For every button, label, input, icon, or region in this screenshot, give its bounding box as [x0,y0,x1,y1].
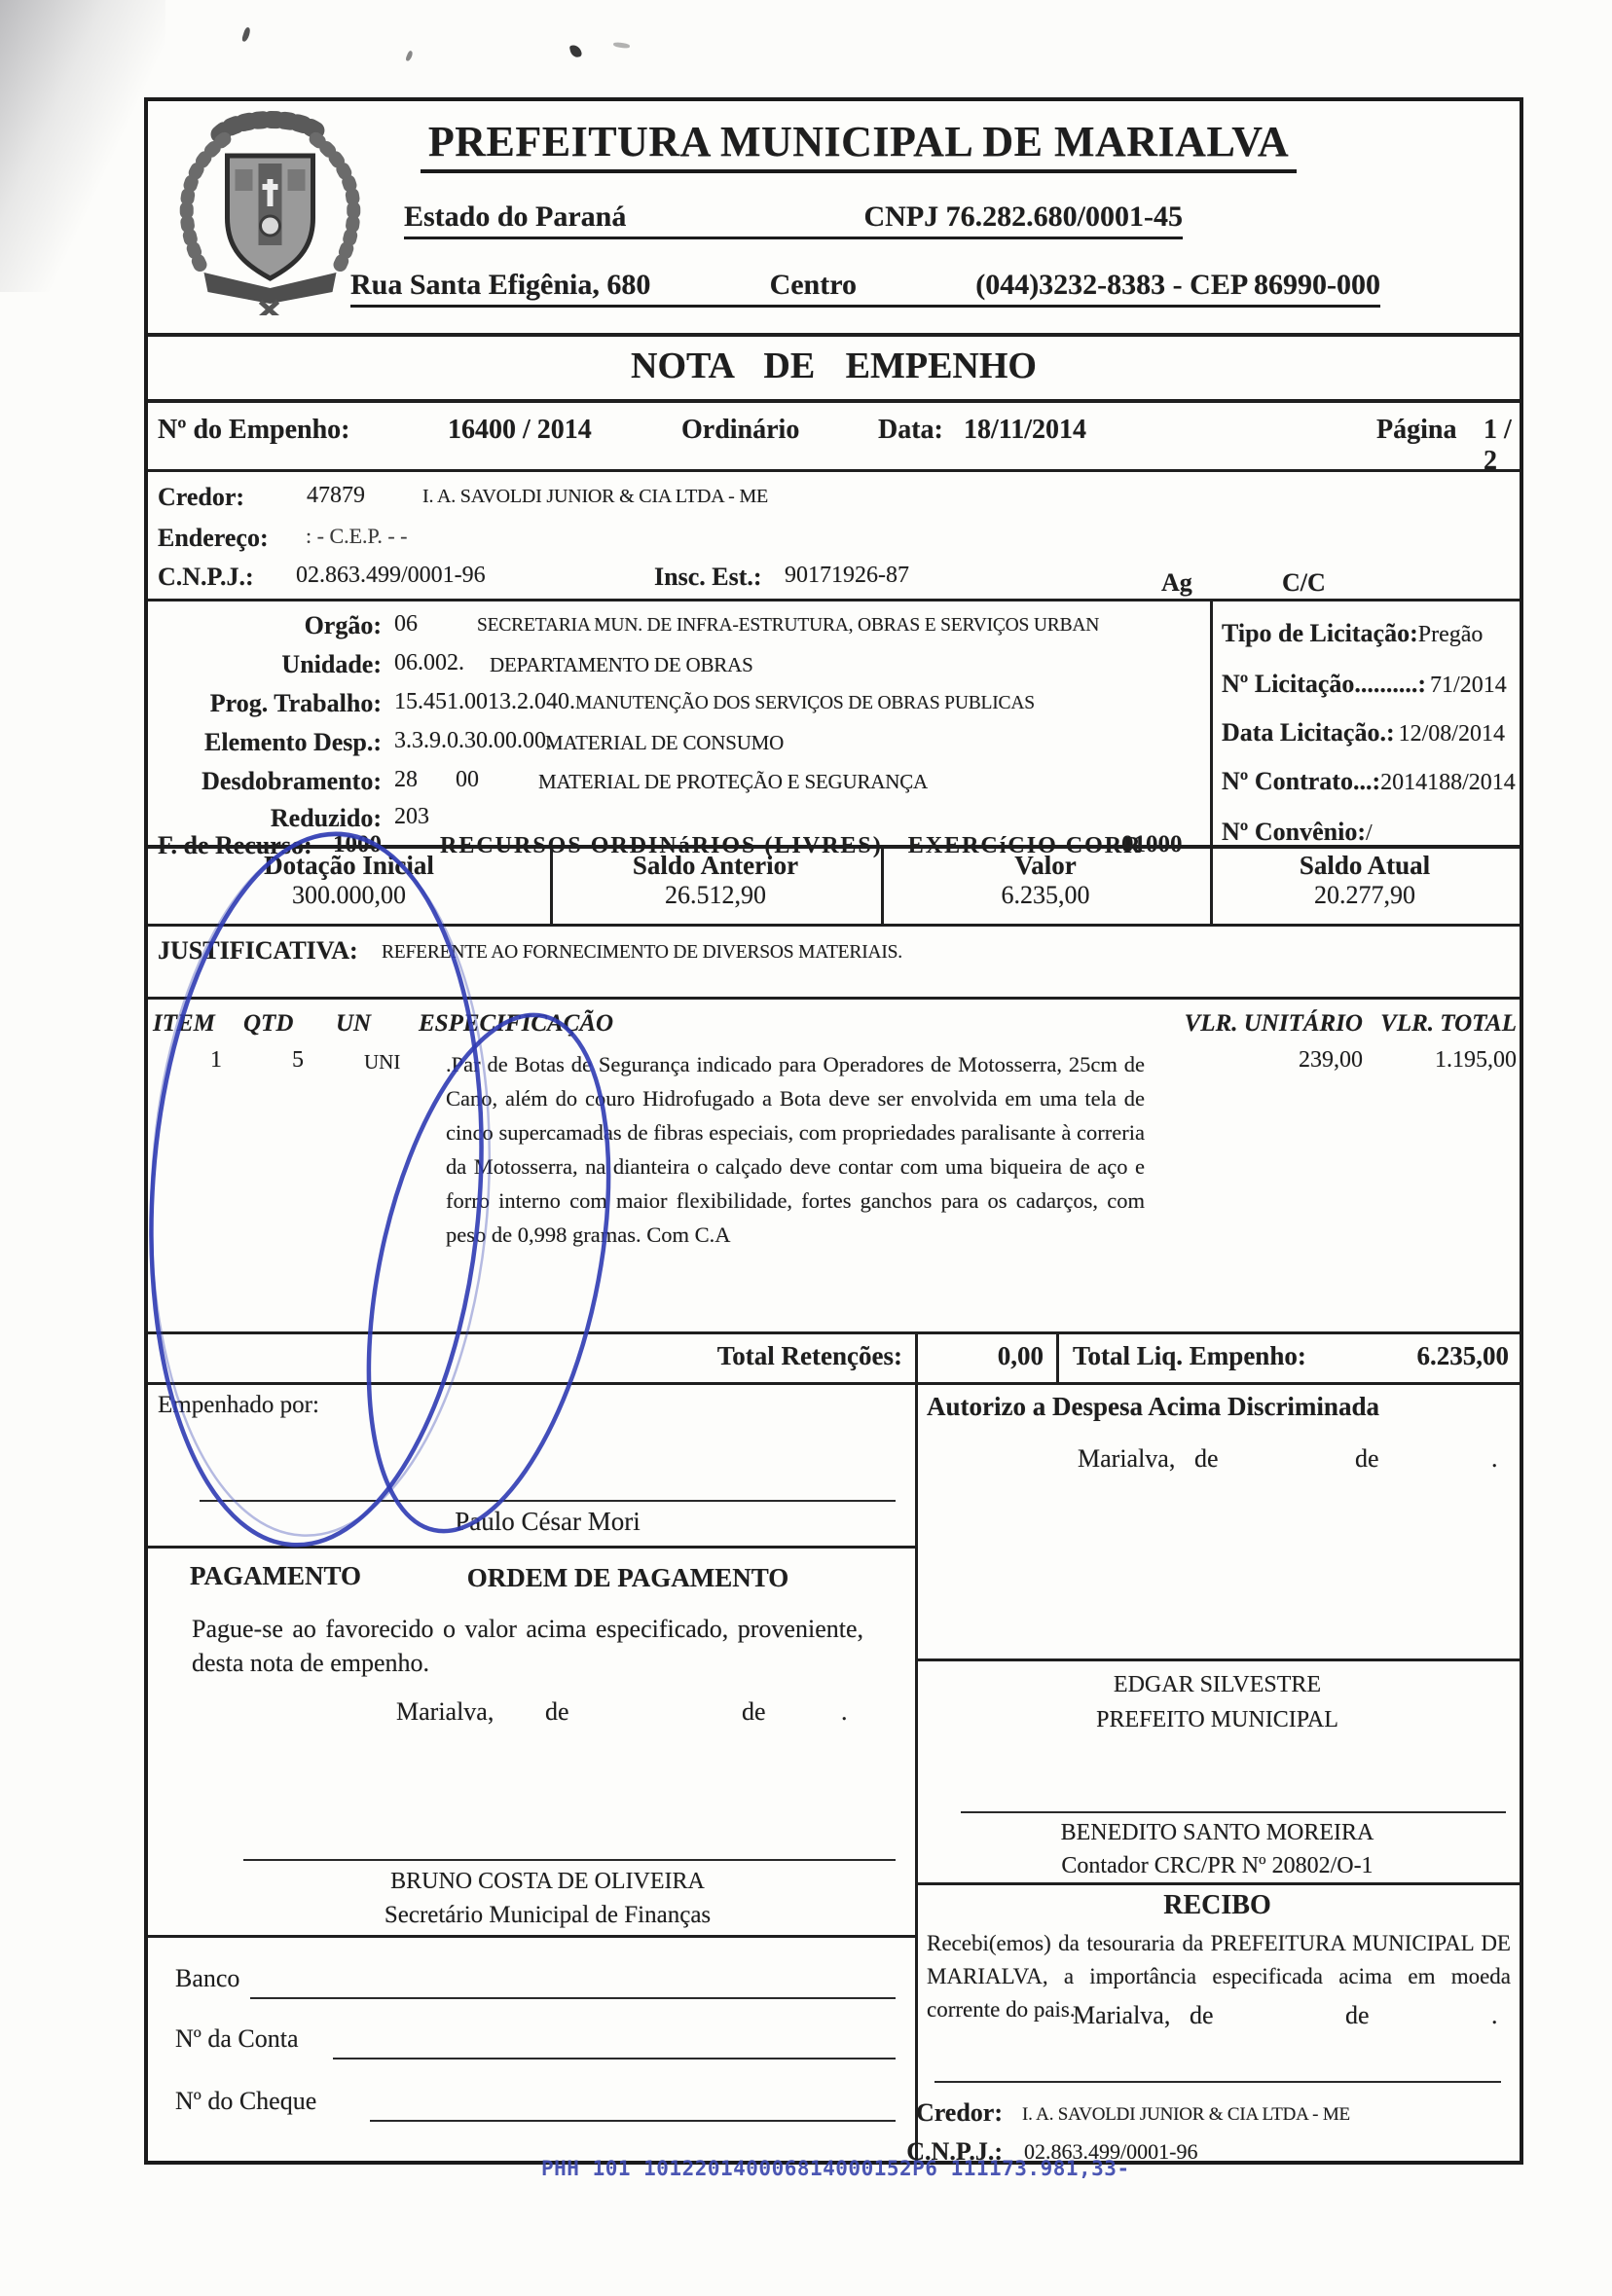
conta-label: Nº da Conta [175,2024,298,2054]
col-vlr-unitario: VLR. UNITÁRIO [1121,1010,1363,1038]
ponto: . [1491,1444,1498,1474]
desdobramento-label: Desdobramento: [156,767,382,796]
item-number: 1 [201,1047,231,1074]
ponto: . [841,1697,848,1727]
divider [148,1382,1520,1385]
divider [148,924,1520,927]
saldo-atual-valor: 20.277,90 [1210,881,1520,910]
reduzido-code: 203 [394,804,429,830]
desdobramento-code: 28 [394,767,418,793]
unidade-code: 06.002. [394,650,464,676]
total-liq-label: Total Liq. Empenho: [1073,1341,1306,1371]
divider [148,333,1520,337]
divider [915,1658,1520,1661]
table-border [915,1331,918,1382]
state-reg-label: Insc. Est.: [654,563,762,592]
saldo-cell-dotacao: Dotação Inicial 300.000,00 [148,851,550,910]
recibo-credor-nome: I. A. SAVOLDI JUNIOR & CIA LTDA - ME [1022,2104,1350,2126]
convenio-row: Nº Convênio:/ [1222,818,1373,847]
contador-cargo: Contador CRC/PR Nº 20802/O-1 [915,1853,1520,1879]
page-label: Página [1376,415,1456,446]
saldo-cell-anterior: Saldo Anterior 26.512,90 [550,851,881,910]
signature-line [243,1859,896,1861]
signature-line [200,1500,896,1502]
scan-speck [241,26,251,42]
agency-label: Ag [1161,568,1192,598]
creditor-cnpj-row: C.N.P.J.: 02.863.499/0001-96 Insc. Est.:… [148,563,1520,598]
org-cnpj: CNPJ 76.282.680/0001-45 [864,200,1183,234]
dotacao-inicial-label: Dotação Inicial [148,851,550,881]
de: de [1345,2001,1370,2030]
nota-de-empenho-document: PREFEITURA MUNICIPAL DE MARIALVA Estado … [144,97,1523,2165]
pagamento-titulo: PAGAMENTO [190,1561,361,1591]
saldo-cell-atual: Saldo Atual 20.277,90 [1210,851,1520,910]
convenio-valor: / [1366,820,1373,846]
elemento-code: 3.3.9.0.30.00.00. [394,728,552,754]
empenhado-por-label: Empenhado por: [158,1392,319,1419]
banco-label: Banco [175,1964,239,1993]
empenho-number: 16400 / 2014 [448,415,592,446]
de: de [1355,1444,1379,1474]
saldo-cell-valor: Valor 6.235,00 [881,851,1210,910]
contador-nome: BENEDITO SANTO MOREIRA [915,1820,1520,1846]
justificativa-texto: REFERENTE AO FORNECIMENTO DE DIVERSOS MA… [382,942,902,964]
cidade: Marialva, [1078,1444,1175,1474]
contrato-row: Nº Contrato...:2014188/2014 [1222,767,1516,796]
elemento-desc: MATERIAL DE CONSUMO [545,731,784,755]
creditor-row: Credor: 47879 I. A. SAVOLDI JUNIOR & CIA… [148,483,1520,518]
item-unit: UNI [364,1050,400,1075]
item-qty: 5 [292,1047,304,1074]
pagamento-data-line: Marialva, de de . [148,1697,915,1732]
prog-trabalho-desc: MANUTENÇÃO DOS SERVIÇOS DE OBRAS PUBLICA… [575,693,1035,714]
saldo-atual-label: Saldo Atual [1210,851,1520,881]
total-liq-valor: 6.235,00 [1355,1341,1509,1371]
divider [148,1935,915,1938]
banco-fill-line [250,1997,896,1999]
divider [148,845,1520,849]
col-qtd: QTD [243,1010,293,1038]
state-label: Estado do Paraná [404,200,626,234]
licitacao-numero: 71/2014 [1430,673,1507,698]
recibo-credor-label: Credor: [868,2098,1003,2128]
saldo-anterior-label: Saldo Anterior [550,851,881,881]
empenhado-nome: Paulo César Mori [200,1507,896,1537]
page-number: 1 / 2 [1484,415,1520,477]
header-address-row: Rua Santa Efigênia, 680 Centro (044)3232… [350,269,1380,308]
signature-line [961,1811,1506,1813]
divider [148,599,1520,601]
licitacao-numero-row: Nº Licitação..........: 71/2014 [1222,670,1507,699]
unidade-desc: DEPARTAMENTO DE OBRAS [490,653,753,677]
item-total-price: 1.195,00 [1365,1047,1517,1074]
signature-line [934,2081,1501,2083]
orgao-code: 06 [394,611,418,638]
contrato-numero: 2014188/2014 [1380,770,1516,795]
justificativa-label: JUSTIFICATIVA: [158,936,358,966]
header-state-cnpj-row: Estado do Paraná CNPJ 76.282.680/0001-45 [404,200,1183,239]
recibo-data-line: Marialva, de de . [915,2001,1520,2036]
ponto: . [1491,2001,1498,2030]
header-title-row: PREFEITURA MUNICIPAL DE MARIALVA [294,117,1423,166]
empenho-date: 18/11/2014 [964,415,1086,446]
scan-speck [569,44,582,58]
item-row: 1 5 UNI .Par de Botas de Segurança indic… [148,1047,1520,1330]
total-retencoes-valor: 0,00 [925,1341,1044,1371]
items-header-row: ITEM QTD UN ESPECIFICAÇÃO VLR. UNITÁRIO … [148,1010,1520,1049]
item-unit-price: 239,00 [1168,1047,1363,1074]
table-border [1056,1331,1059,1382]
street-address: Rua Santa Efigênia, 680 [350,269,650,302]
creditor-label: Credor: [158,483,244,512]
licitacao-data-label: Data Licitação.: [1222,718,1395,747]
divider [148,1546,915,1549]
cnpj-label: C.N.P.J.: [158,563,254,592]
col-especificacao: ESPECIFICAÇÃO [419,1010,613,1038]
convenio-label: Nº Convênio: [1222,818,1366,846]
autorizo-titulo: Autorizo a Despesa Acima Discriminada [927,1392,1379,1422]
orgao-desc: SECRETARIA MUN. DE INFRA-ESTRUTURA, OBRA… [477,615,1099,637]
cidade: Marialva, [396,1697,494,1727]
divider [148,997,1520,1000]
col-un: UN [336,1010,371,1038]
recibo-titulo: RECIBO [915,1890,1520,1921]
scanned-page: PREFEITURA MUNICIPAL DE MARIALVA Estado … [0,0,1612,2296]
creditor-address-row: Endereço: : - C.E.P. - - [148,524,1520,559]
creditor-cnpj: 02.863.499/0001-96 [296,563,486,589]
de: de [742,1697,766,1727]
creditor-address: : - C.E.P. - - [306,524,408,549]
conta-fill-line [333,2058,896,2059]
valor-valor: 6.235,00 [881,881,1210,910]
licitacao-numero-label: Nº Licitação..........: [1222,670,1426,698]
reduzido-label: Reduzido: [156,804,382,833]
phone-cep: (044)3232-8383 - CEP 86990-000 [975,269,1380,302]
pagamento-texto: Pague-se ao favorecido o valor acima esp… [192,1612,863,1680]
creditor-code: 47879 [307,483,365,509]
prog-trabalho-label: Prog. Trabalho: [156,689,382,718]
column-divider [915,1382,918,2161]
empenho-type: Ordinário [681,415,799,446]
autorizo-data-line: Marialva, de de . [915,1444,1520,1479]
cheque-fill-line [370,2120,896,2122]
de: de [1190,2001,1214,2030]
saldo-anterior-valor: 26.512,90 [550,881,881,910]
account-label: C/C [1282,568,1326,598]
licitacao-tipo-row: Tipo de Licitação:Pregão [1222,619,1483,648]
contrato-label: Nº Contrato...: [1222,767,1380,795]
licitacao-box-border [1210,599,1213,849]
valor-label: Valor [881,851,1210,881]
address-label: Endereço: [158,524,269,553]
prefeito-nome: EDGAR SILVESTRE [915,1672,1520,1698]
date-label: Data: [878,415,943,446]
cheque-label: Nº do Cheque [175,2087,316,2116]
licitacao-data: 12/08/2014 [1399,721,1505,747]
dotacao-inicial-valor: 300.000,00 [148,881,550,910]
creditor-name: I. A. SAVOLDI JUNIOR & CIA LTDA - ME [422,486,768,508]
empenho-number-label: Nº do Empenho: [158,415,350,446]
scan-shadow-topleft [0,0,165,292]
elemento-label: Elemento Desp.: [156,728,382,757]
cidade: Marialva, [1073,2001,1170,2030]
scan-speck [613,42,631,49]
licitacao-tipo-label: Tipo de Licitação: [1222,619,1418,647]
scan-speck [405,50,414,61]
de: de [545,1697,569,1727]
col-vlr-total: VLR. TOTAL [1367,1010,1517,1038]
prog-trabalho-code: 15.451.0013.2.040. [394,689,575,715]
secretario-cargo: Secretário Municipal de Finanças [200,1902,896,1929]
empenho-number-row: Nº do Empenho: 16400 / 2014 Ordinário Da… [148,415,1520,465]
divider [148,399,1520,403]
ordem-pagamento-titulo: ORDEM DE PAGAMENTO [419,1563,837,1593]
unidade-label: Unidade: [156,650,382,679]
item-description: .Par de Botas de Segurança indicado para… [446,1047,1145,1252]
desdobramento-desc: MATERIAL DE PROTEÇÃO E SEGURANÇA [538,770,928,794]
col-item: ITEM [153,1010,215,1038]
desdobramento-code2: 00 [456,767,479,793]
divider [148,1331,1520,1334]
licitacao-data-row: Data Licitação.: 12/08/2014 [1222,718,1505,747]
state-reg-number: 90171926-87 [785,563,909,589]
org-title: PREFEITURA MUNICIPAL DE MARIALVA [421,118,1297,173]
orgao-label: Orgão: [156,611,382,640]
divider [148,469,1520,472]
prefeito-cargo: PREFEITO MUNICIPAL [915,1707,1520,1733]
district: Centro [770,269,857,302]
divider [915,1882,1520,1885]
licitacao-tipo: Pregão [1418,622,1484,647]
de: de [1194,1444,1219,1474]
secretario-nome: BRUNO COSTA DE OLIVEIRA [200,1869,896,1895]
total-retencoes-label: Total Retenções: [518,1341,902,1371]
dot-matrix-registry-stamp: PHH 101 101220140006814000152P6 111173.9… [541,2157,1130,2180]
document-type-title: NOTA DE EMPENHO [148,345,1520,387]
